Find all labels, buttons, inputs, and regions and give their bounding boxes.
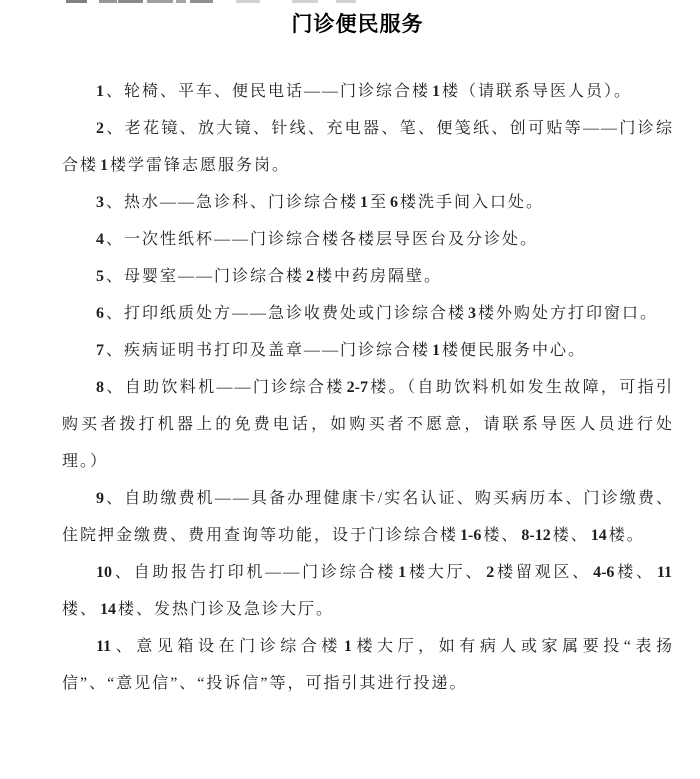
list-item: 7、疾病证明书打印及盖章——门诊综合楼1楼便民服务中心。 xyxy=(62,332,674,369)
list-item: 6、打印纸质处方——急诊收费处或门诊综合楼3楼外购处方打印窗口。 xyxy=(62,295,674,332)
clipped-text-fragment xyxy=(118,0,143,3)
document-body: 1、轮椅、平车、便民电话——门诊综合楼1楼（请联系导医人员）。2、老花镜、放大镜… xyxy=(62,73,674,702)
clipped-text-fragment xyxy=(99,0,117,3)
list-item: 11、意见箱设在门诊综合楼1楼大厅，如有病人或家属要投“表扬信”、“意见信”、“… xyxy=(62,628,674,702)
clipped-text-fragment xyxy=(292,0,318,3)
list-item: 2、老花镜、放大镜、针线、充电器、笔、便笺纸、创可贴等——门诊综合楼1楼学雷锋志… xyxy=(62,110,674,184)
clipped-text-fragment xyxy=(190,0,213,3)
document-page: 门诊便民服务 1、轮椅、平车、便民电话——门诊综合楼1楼（请联系导医人员）。2、… xyxy=(0,0,700,779)
clipped-text-fragment xyxy=(66,0,87,3)
list-item: 10、自助报告打印机——门诊综合楼1楼大厅、2楼留观区、4-6楼、11楼、14楼… xyxy=(62,554,674,628)
clipped-text-fragment xyxy=(236,0,260,3)
clipped-text-fragment xyxy=(176,0,186,3)
list-item: 1、轮椅、平车、便民电话——门诊综合楼1楼（请联系导医人员）。 xyxy=(62,73,674,110)
list-item: 3、热水——急诊科、门诊综合楼1至6楼洗手间入口处。 xyxy=(62,184,674,221)
list-item: 9、自助缴费机——具备办理健康卡/实名认证、购买病历本、门诊缴费、住院押金缴费、… xyxy=(62,480,674,554)
list-item: 4、一次性纸杯——门诊综合楼各楼层导医台及分诊处。 xyxy=(62,221,674,258)
clipped-text-fragment xyxy=(147,0,173,3)
list-item: 8、自助饮料机——门诊综合楼2-7楼。（自助饮料机如发生故障，可指引购买者拨打机… xyxy=(62,369,674,480)
clipped-text-fragment xyxy=(336,0,356,3)
list-item: 5、母婴室——门诊综合楼2楼中药房隔壁。 xyxy=(62,258,674,295)
clipped-text-fragment-row xyxy=(0,0,700,5)
page-title: 门诊便民服务 xyxy=(0,12,700,36)
